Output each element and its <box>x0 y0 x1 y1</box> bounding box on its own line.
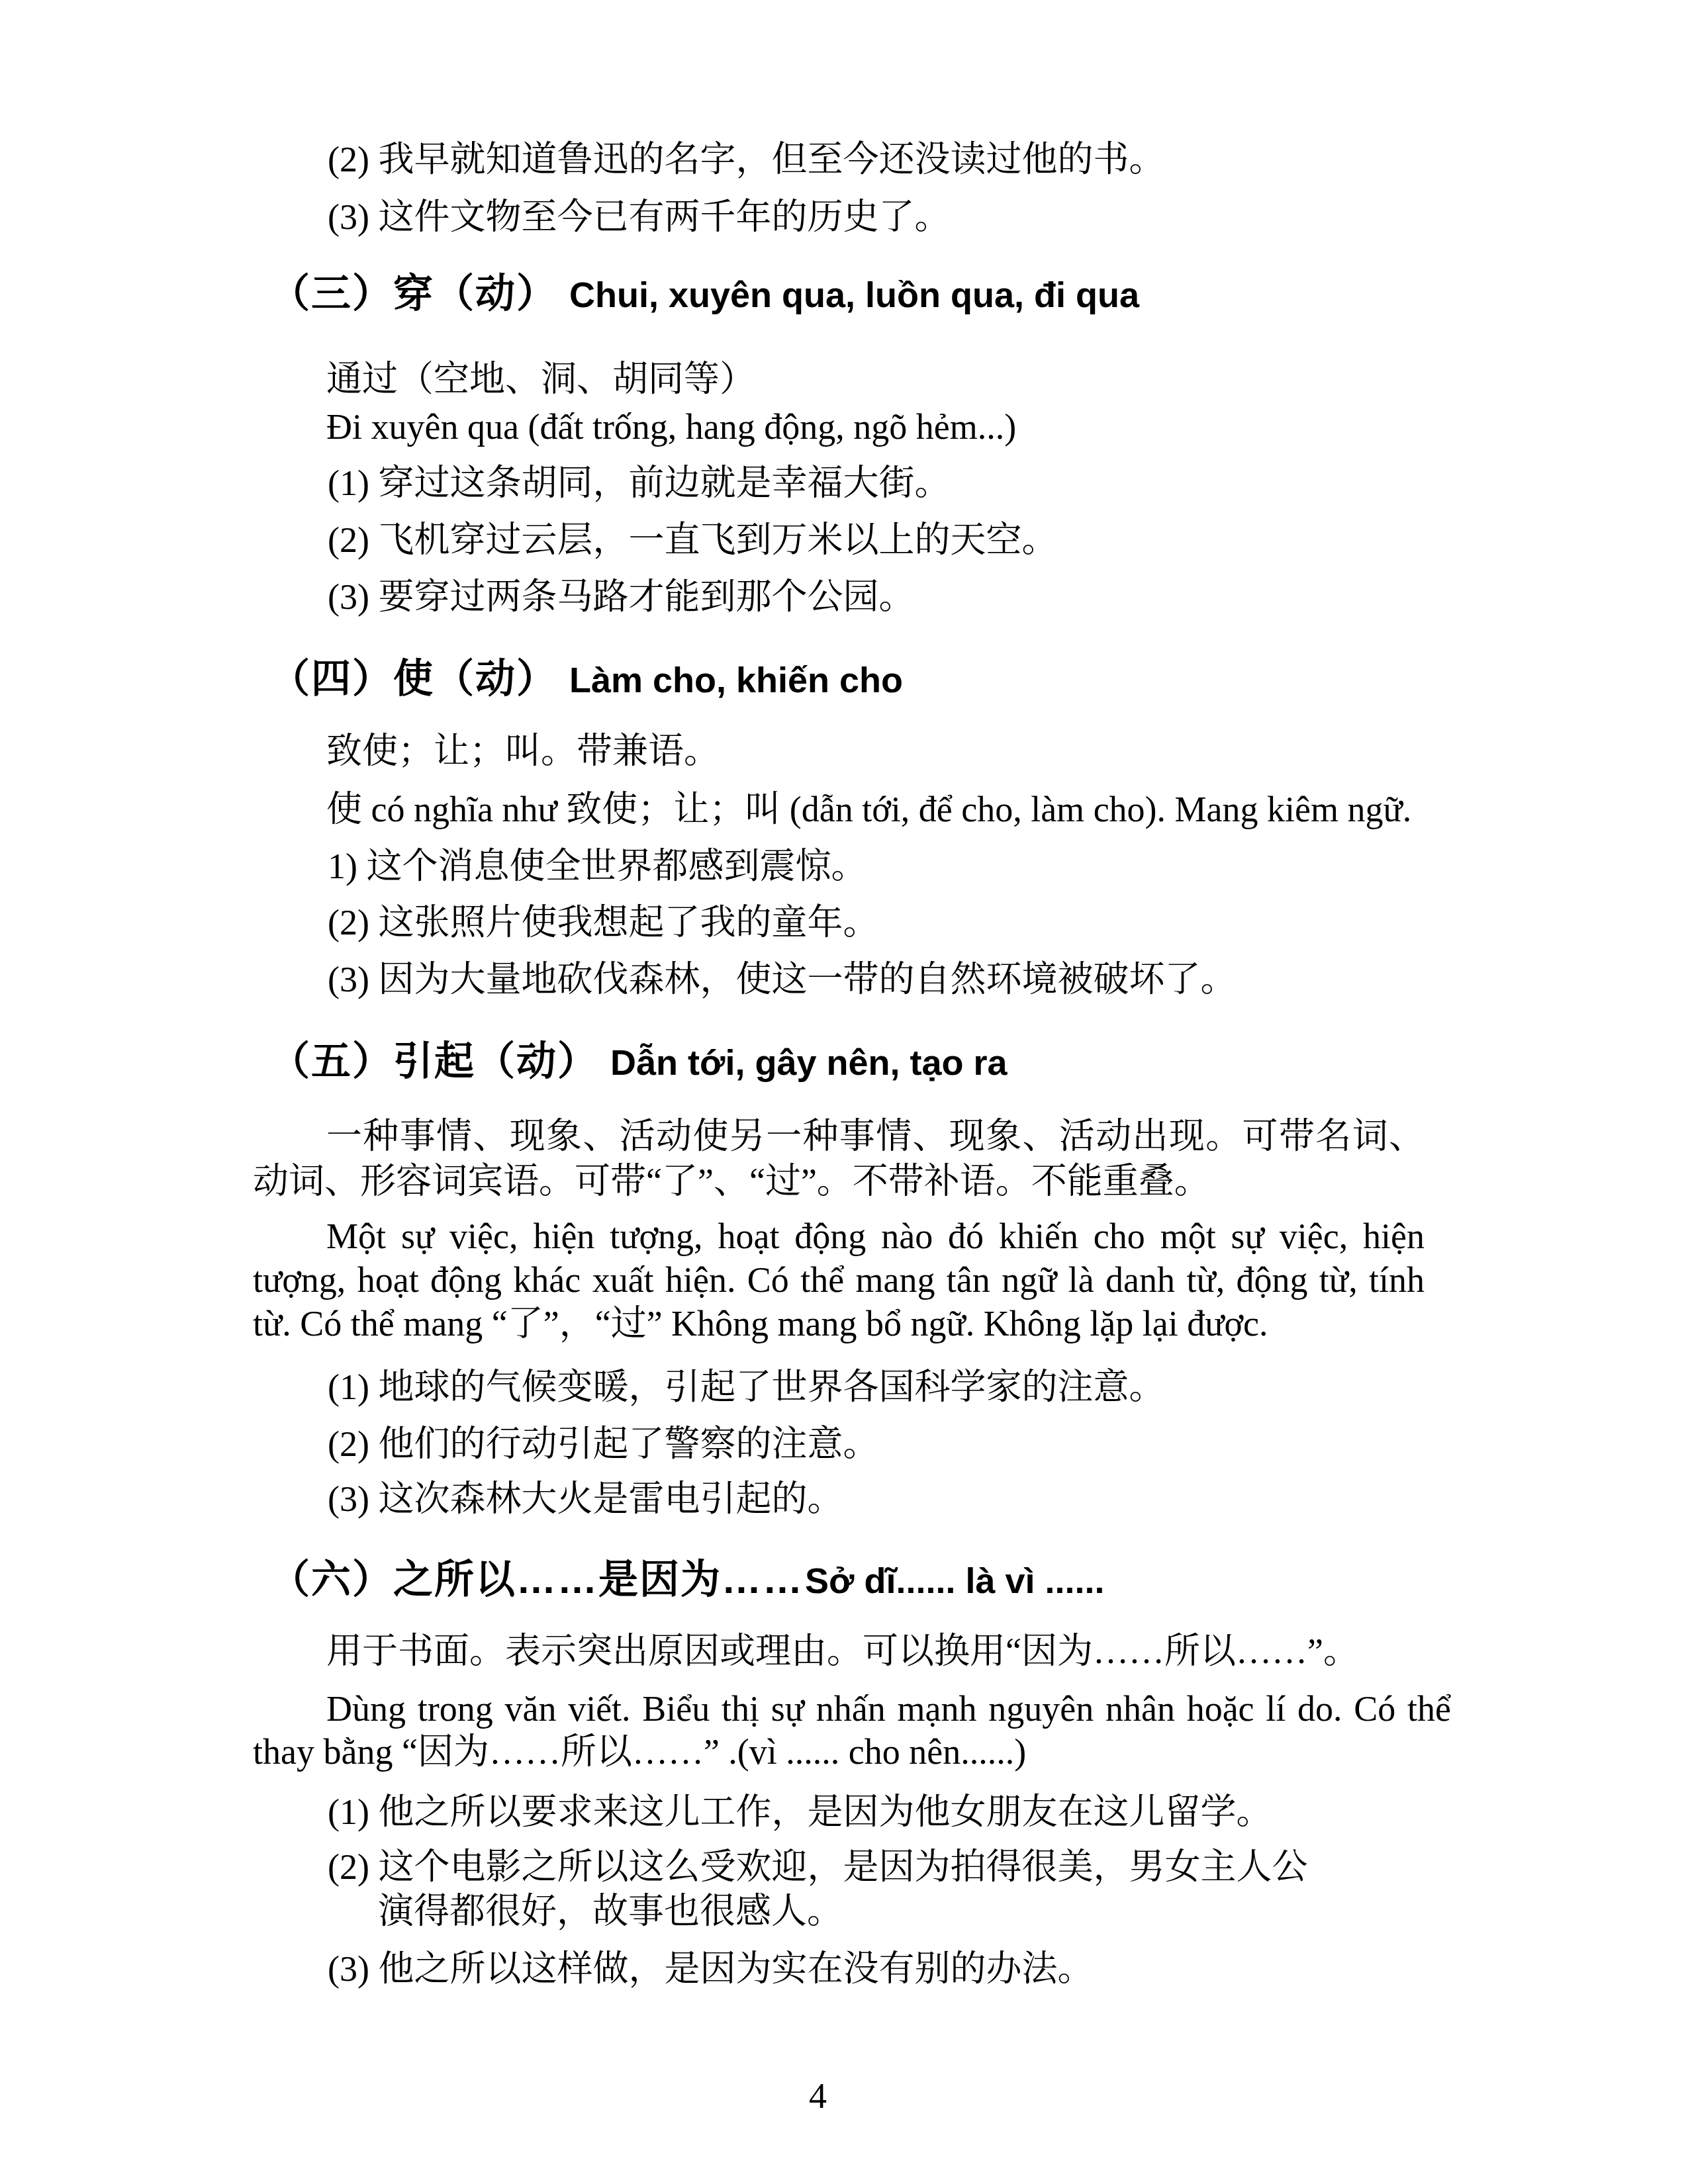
section-4-example-1: 1) 这个消息使全世界都感到震惊。 <box>328 844 867 889</box>
section-6-heading: （六）之所以……是因为……Sở dĩ...... là vì ...... <box>270 1548 1105 1605</box>
section-3-heading-latin: Chui, xuyên qua, luồn qua, đi qua <box>569 275 1139 315</box>
section-4-definition-zh: 致使；让；叫。带兼语。 <box>253 729 1425 774</box>
section-5-definition-zh: 一种事情、现象、活动使另一种事情、现象、活动出现。可带名词、动词、形容词宾语。可… <box>253 1114 1425 1204</box>
section-6-definition-vi: Dùng trong văn viết. Biểu thị sự nhấn mạ… <box>253 1688 1451 1774</box>
section-3-definition-zh: 通过（空地、洞、胡同等） <box>253 357 1425 402</box>
section-6-example-1: (1) 他之所以要求来这儿工作，是因为他女朋友在这儿留学。 <box>328 1790 1272 1835</box>
section-4-example-3: (3) 因为大量地砍伐森林，使这一带的自然环境被破坏了。 <box>328 957 1236 1002</box>
section-3-example-3: (3) 要穿过两条马路才能到那个公园。 <box>328 574 914 619</box>
section-5-example-2: (2) 他们的行动引起了警察的注意。 <box>328 1422 878 1467</box>
section-5-heading-zh: （五）引起（动） <box>270 1039 598 1083</box>
page-number: 4 <box>809 2075 827 2116</box>
section-5-heading: （五）引起（动）Dẫn tới, gây nên, tạo ra <box>270 1030 1008 1087</box>
section-5-heading-latin: Dẫn tới, gây nên, tạo ra <box>610 1043 1008 1083</box>
document-page: (2) 我早就知道鲁迅的名字，但至今还没读过他的书。 (3) 这件文物至今已有两… <box>0 0 1688 2184</box>
section-3-heading-zh: （三）穿（动） <box>270 271 557 316</box>
section-4-definition-vi: 使 có nghĩa như 致使；让；叫 (dẫn tới, để cho, … <box>326 788 1411 832</box>
section-5-definition-vi: Một sự việc, hiện tượng, hoạt động nào đ… <box>253 1214 1425 1345</box>
section-3-heading: （三）穿（动）Chui, xuyên qua, luồn qua, đi qua <box>270 262 1139 319</box>
intro-example-2: (2) 我早就知道鲁迅的名字，但至今还没读过他的书。 <box>328 137 1164 182</box>
section-6-example-2: (2) 这个电影之所以这么受欢迎，是因为拍得很美，男女主人公演得都很好，故事也很… <box>328 1845 1338 1934</box>
section-6-definition-zh: 用于书面。表示突出原因或理由。可以换用“因为……所以……”。 <box>253 1629 1425 1674</box>
section-5-example-3: (3) 这次森林大火是雷电引起的。 <box>328 1477 843 1522</box>
section-6-heading-latin: Sở dĩ...... là vì ...... <box>805 1561 1105 1601</box>
section-3-example-1: (1) 穿过这条胡同，前边就是幸福大街。 <box>328 461 950 506</box>
section-4-example-2: (2) 这张照片使我想起了我的童年。 <box>328 900 878 945</box>
section-3-example-2: (2) 飞机穿过云层，一直飞到万米以上的天空。 <box>328 518 1057 563</box>
section-4-heading-latin: Làm cho, khiến cho <box>569 660 903 700</box>
section-6-heading-zh: （六）之所以……是因为…… <box>270 1557 804 1602</box>
section-5-example-1: (1) 地球的气候变暖，引起了世界各国科学家的注意。 <box>328 1365 1164 1410</box>
section-4-heading: （四）使（动）Làm cho, khiến cho <box>270 647 903 704</box>
section-3-definition-vi: Đi xuyên qua (đất trống, hang động, ngõ … <box>253 405 1425 449</box>
section-4-heading-zh: （四）使（动） <box>270 657 557 701</box>
section-6-example-3: (3) 他之所以这样做，是因为实在没有别的办法。 <box>328 1946 1093 1991</box>
intro-example-3: (3) 这件文物至今已有两千年的历史了。 <box>328 195 950 240</box>
